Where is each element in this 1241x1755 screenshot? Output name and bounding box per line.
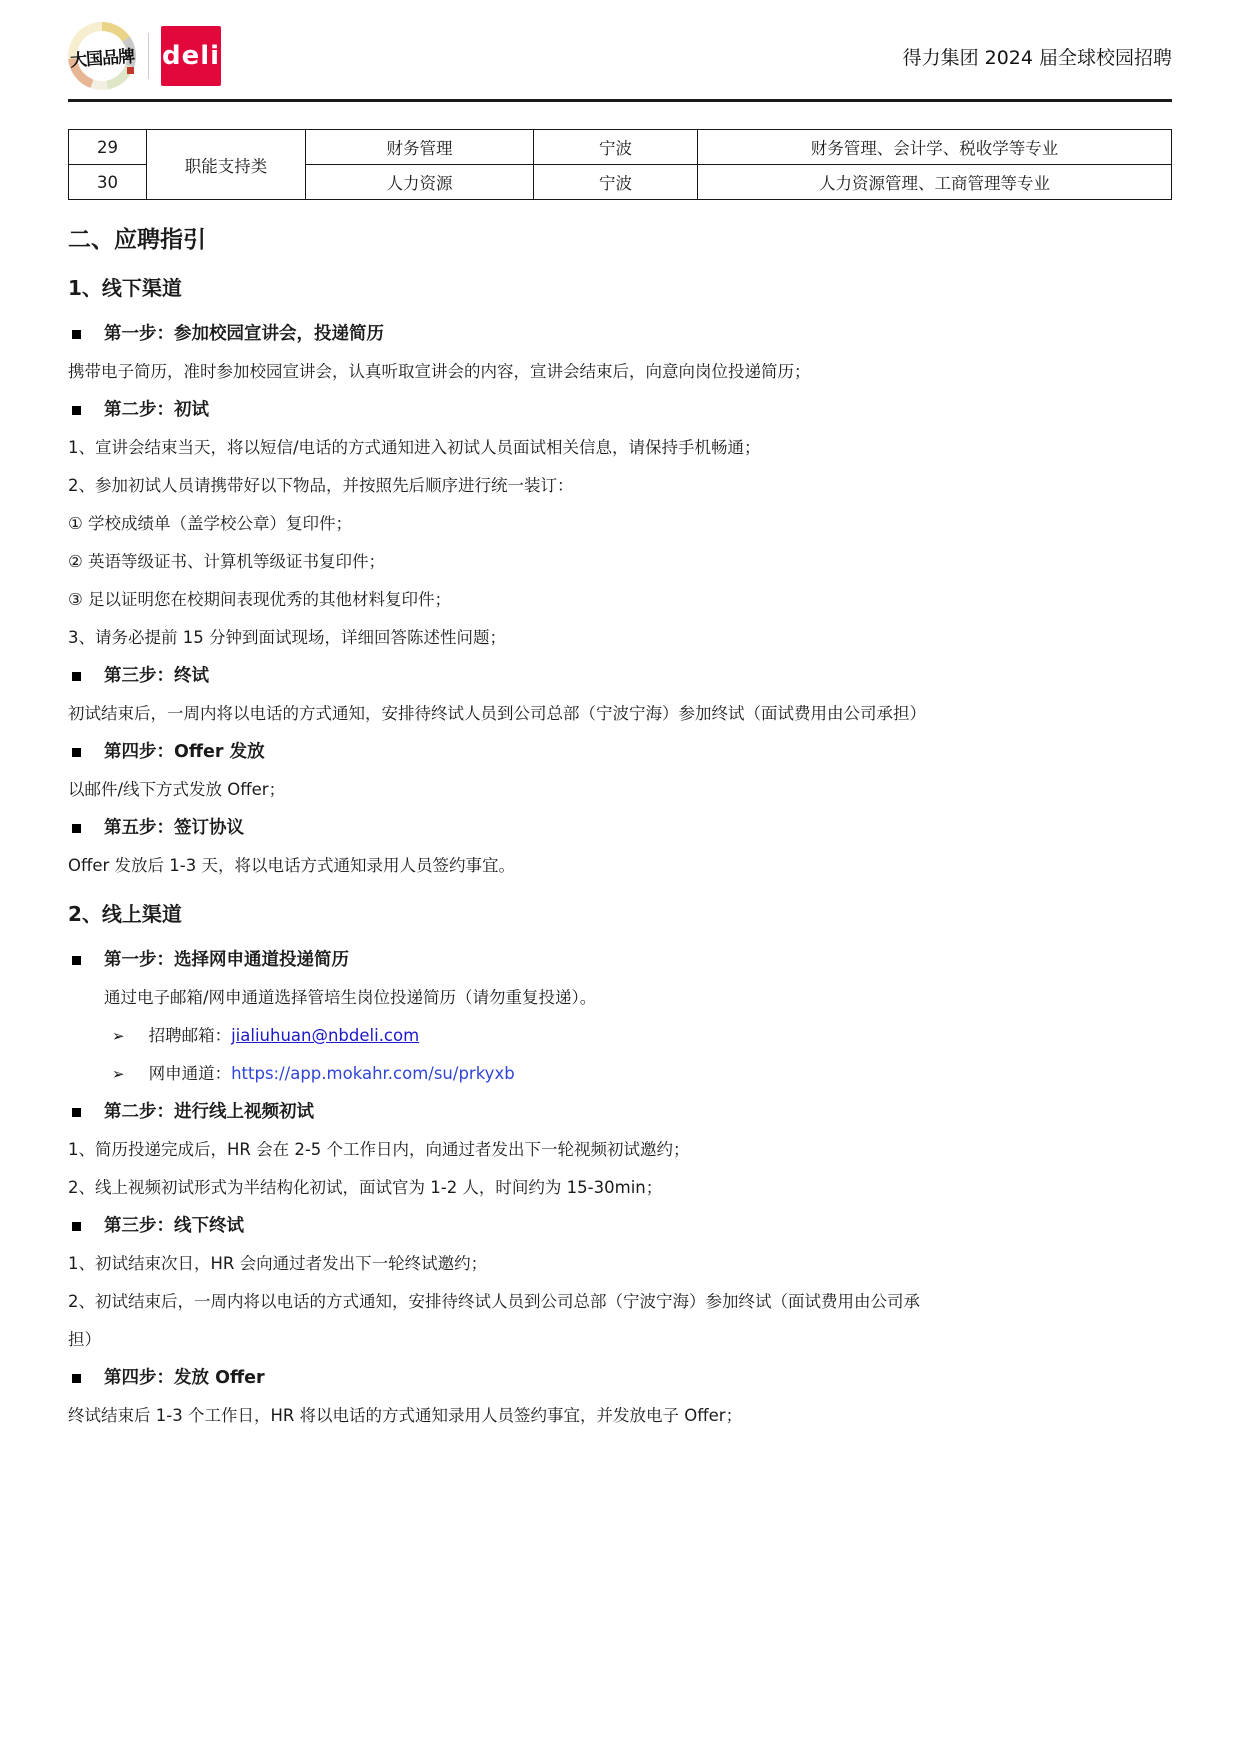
paragraph: ③ 足以证明您在校期间表现优秀的其他材料复印件；	[68, 584, 1172, 616]
paragraph: 1、宣讲会结束当天，将以短信/电话的方式通知进入初试人员面试相关信息，请保持手机…	[68, 432, 1172, 464]
bullet-square-icon	[72, 1374, 81, 1383]
cell-majors: 人力资源管理、工商管理等专业	[698, 165, 1172, 200]
paragraph: 2、初试结束后，一周内将以电话的方式通知，安排待终试人员到公司总部（宁波宁海）参…	[68, 1286, 1172, 1318]
cell-no: 30	[69, 165, 147, 200]
cell-location: 宁波	[534, 130, 698, 165]
step-heading: 第四步：发放 Offer	[68, 1362, 1172, 1394]
cell-no: 29	[69, 130, 147, 165]
cell-location: 宁波	[534, 165, 698, 200]
step-title: 第一步：选择网申通道投递简历	[104, 944, 349, 976]
paragraph: 携带电子简历，准时参加校园宣讲会，认真听取宣讲会的内容，宣讲会结束后，向意向岗位…	[68, 356, 1172, 388]
bullet-square-icon	[72, 330, 81, 339]
step-heading: 第一步：选择网申通道投递简历	[68, 944, 1172, 976]
arrow-bullet-icon: ➢	[112, 1020, 125, 1052]
page-header: 大国品牌 deli 得力集团 2024 届全球校园招聘	[68, 22, 1172, 102]
paragraph: 1、简历投递完成后，HR 会在 2-5 个工作日内，向通过者发出下一轮视频初试邀…	[68, 1134, 1172, 1166]
step-heading: 第三步：终试	[68, 660, 1172, 692]
document-page: 大国品牌 deli 得力集团 2024 届全球校园招聘 29 职能支持类 财务管…	[0, 0, 1241, 1755]
subsection-offline-channel: 1、线下渠道	[68, 272, 1172, 304]
bullet-square-icon	[72, 1222, 81, 1231]
step-heading: 第五步：签订协议	[68, 812, 1172, 844]
logo-group: 大国品牌 deli	[68, 22, 221, 90]
arrow-bullet-icon: ➢	[112, 1058, 125, 1090]
bullet-square-icon	[72, 956, 81, 965]
bullet-square-icon	[72, 1108, 81, 1117]
step-heading: 第四步：Offer 发放	[68, 736, 1172, 768]
cell-majors: 财务管理、会计学、税收学等专业	[698, 130, 1172, 165]
step-title: 第四步：发放 Offer	[104, 1362, 265, 1394]
paragraph: Offer 发放后 1-3 天，将以电话方式通知录用人员签约事宜。	[68, 850, 1172, 882]
step-title: 第二步：进行线上视频初试	[104, 1096, 314, 1128]
recruit-email-row: ➢ 招聘邮箱： jialiuhuan@nbdeli.com	[68, 1020, 1172, 1052]
bullet-square-icon	[72, 748, 81, 757]
step-title: 第一步：参加校园宣讲会，投递简历	[104, 318, 384, 350]
paragraph: 通过电子邮箱/网申通道选择管培生岗位投递简历（请勿重复投递）。	[68, 982, 1172, 1014]
paragraph: 担）	[68, 1324, 1172, 1356]
page-title: 得力集团 2024 届全球校园招聘	[903, 43, 1172, 70]
step-heading: 第三步：线下终试	[68, 1210, 1172, 1242]
paragraph: 2、参加初试人员请携带好以下物品，并按照先后顺序进行统一装订：	[68, 470, 1172, 502]
step-title: 第二步：初试	[104, 394, 209, 426]
bullet-square-icon	[72, 406, 81, 415]
paragraph: 2、线上视频初试形式为半结构化初试，面试官为 1-2 人，时间约为 15-30m…	[68, 1172, 1172, 1204]
application-portal-row: ➢ 网申通道： https://app.mokahr.com/su/prkyxb	[68, 1058, 1172, 1090]
step-heading: 第二步：进行线上视频初试	[68, 1096, 1172, 1128]
paragraph: 终试结束后 1-3 个工作日，HR 将以电话的方式通知录用人员签约事宜，并发放电…	[68, 1400, 1172, 1432]
subsection-online-channel: 2、线上渠道	[68, 898, 1172, 930]
deli-logo-text: deli	[162, 43, 220, 69]
paragraph: 3、请务必提前 15 分钟到面试现场，详细回答陈述性问题；	[68, 622, 1172, 654]
logo-divider	[148, 33, 149, 79]
paragraph: 初试结束后，一周内将以电话的方式通知，安排待终试人员到公司总部（宁波宁海）参加终…	[68, 698, 1172, 730]
brand-seal-icon	[127, 67, 134, 74]
link-label: 招聘邮箱：	[149, 1020, 232, 1052]
great-brand-logo: 大国品牌	[68, 22, 136, 90]
section-heading-guide: 二、应聘指引	[68, 224, 1172, 256]
step-title: 第四步：Offer 发放	[104, 736, 265, 768]
step-title: 第三步：终试	[104, 660, 209, 692]
application-portal-link[interactable]: https://app.mokahr.com/su/prkyxb	[231, 1058, 515, 1090]
paragraph: 1、初试结束次日，HR 会向通过者发出下一轮终试邀约；	[68, 1248, 1172, 1280]
paragraph: 以邮件/线下方式发放 Offer；	[68, 774, 1172, 806]
bullet-square-icon	[72, 824, 81, 833]
link-label: 网申通道：	[149, 1058, 232, 1090]
step-title: 第五步：签订协议	[104, 812, 244, 844]
recruit-email-link[interactable]: jialiuhuan@nbdeli.com	[231, 1020, 419, 1052]
cell-position: 人力资源	[306, 165, 534, 200]
step-title: 第三步：线下终试	[104, 1210, 244, 1242]
step-heading: 第二步：初试	[68, 394, 1172, 426]
deli-logo: deli	[161, 26, 221, 86]
cell-position: 财务管理	[306, 130, 534, 165]
step-heading: 第一步：参加校园宣讲会，投递简历	[68, 318, 1172, 350]
table-row: 29 职能支持类 财务管理 宁波 财务管理、会计学、税收学等专业	[69, 130, 1172, 165]
bullet-square-icon	[72, 672, 81, 681]
great-brand-logo-text: 大国品牌	[69, 41, 135, 70]
paragraph: ① 学校成绩单（盖学校公章）复印件；	[68, 508, 1172, 540]
cell-category: 职能支持类	[147, 130, 306, 200]
positions-table: 29 职能支持类 财务管理 宁波 财务管理、会计学、税收学等专业 30 人力资源…	[68, 129, 1172, 200]
paragraph: ② 英语等级证书、计算机等级证书复印件；	[68, 546, 1172, 578]
